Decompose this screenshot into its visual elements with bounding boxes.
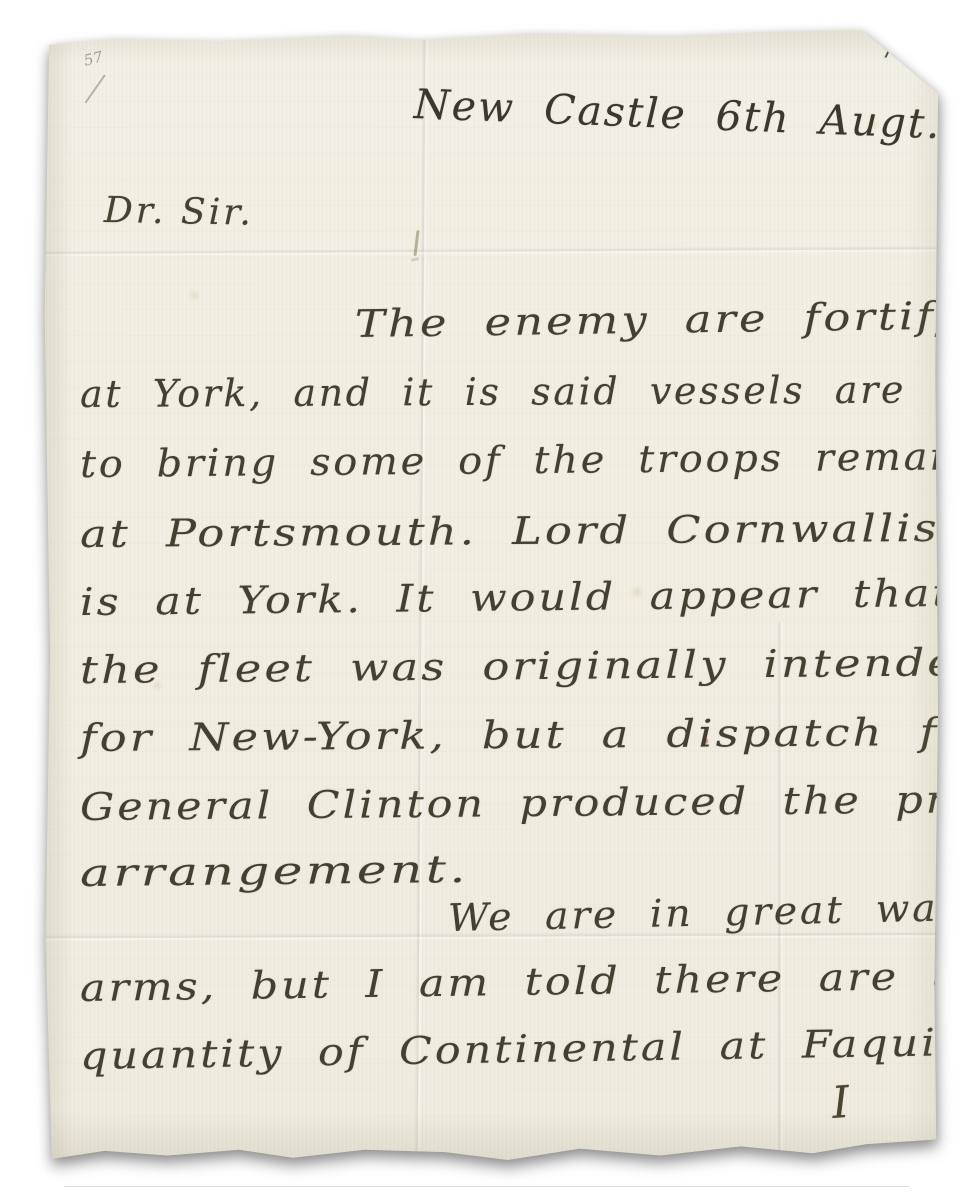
letter-line: at Portsmouth. Lord Cornwallis bbox=[80, 506, 940, 556]
letter-line: The enemy are fortifying bbox=[355, 292, 971, 346]
backing-mat-edge bbox=[64, 1186, 909, 1187]
photograph-of-letter: 57 70 New Castle 6th Augt. 1781. Dr. Sir… bbox=[0, 0, 971, 1200]
salutation: Dr. Sir. bbox=[104, 190, 255, 234]
letter-line: arrangement. bbox=[80, 847, 469, 895]
letter-line: to bring some of the troops remaining bbox=[80, 434, 971, 486]
letter-line: the fleet was originally intended bbox=[80, 640, 971, 692]
letter-line: General Clinton produced the present bbox=[80, 776, 971, 829]
paper-nick-mark bbox=[411, 257, 419, 262]
pencil-inventory-number: 57 bbox=[82, 48, 105, 70]
letter-sheet-wrapper: 57 70 New Castle 6th Augt. 1781. Dr. Sir… bbox=[42, 30, 938, 1168]
pencil-slash-mark bbox=[85, 74, 106, 103]
letter-line: quantity of Continental at Faquier. bbox=[80, 1020, 971, 1078]
foxing-spot bbox=[190, 292, 199, 299]
letter-line: is at York. It would appear that bbox=[80, 571, 953, 624]
dateline: New Castle 6th Augt. 1781. bbox=[413, 80, 971, 154]
letter-sheet: 57 70 New Castle 6th Augt. 1781. Dr. Sir… bbox=[42, 30, 938, 1168]
horizontal-fold-crease-upper bbox=[42, 246, 938, 258]
folio-number: 70 bbox=[878, 30, 917, 65]
letter-line: arms, but I am told there are a bbox=[80, 954, 962, 1010]
paper-tear-mark bbox=[413, 230, 419, 256]
letter-line: for New-York, but a dispatch from bbox=[80, 709, 971, 760]
letter-line: We are in great want of bbox=[448, 883, 971, 940]
letter-line: at York, and it is said vessels are gone bbox=[80, 367, 971, 416]
catchword: I bbox=[830, 1077, 851, 1129]
